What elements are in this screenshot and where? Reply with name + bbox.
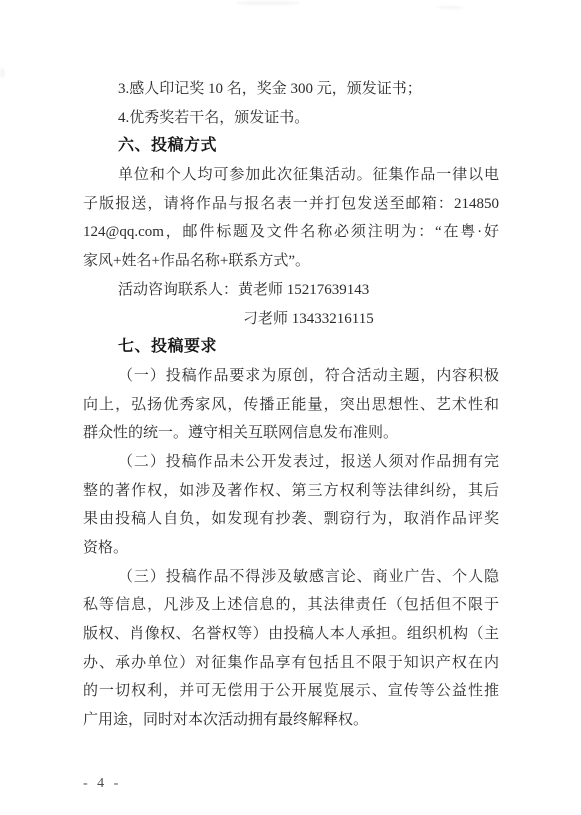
doc-line: 单位和个人均可参加此次征集活动。征集作品一律以电 [83,161,499,190]
doc-line: 的一切权利，并可无偿用于公开展览展示、宣传等公益性推 [83,677,499,706]
award-item-3: 3.感人印记奖 10 名，奖金 300 元，颁发证书； [83,75,499,104]
doc-line: 家风+姓名+作品名称+联系方式”。 [83,247,499,276]
scan-artifact [437,6,463,9]
heading-submission-requirements: 七、投稿要求 [83,333,499,362]
doc-line: 向上，弘扬优秀家风，传播正能量，突出思想性、艺术性和 [83,391,499,420]
doc-line: 子版报送，请将作品与报名表一并打包发送至邮箱：214850 [83,190,499,219]
doc-line: 广用途，同时对本次活动拥有最终解释权。 [83,706,499,735]
doc-line: 版权、肖像权、名誉权等）由投稿人本人承担。组织机构（主 [83,620,499,649]
contact-line-huang: 活动咨询联系人：黄老师 15217639143 [83,276,499,305]
doc-line: 整的著作权，如涉及著作权、第三方权利等法律纠纷，其后 [83,477,499,506]
heading-submission-method: 六、投稿方式 [83,132,499,161]
doc-line: 群众性的统一。遵守相关互联网信息发布准则。 [83,419,499,448]
scan-artifact [0,68,5,78]
award-item-4: 4.优秀奖若干名，颁发证书。 [83,104,499,133]
page-number: - 4 - [83,776,121,792]
scan-artifact [236,1,300,5]
doc-line: 果由投稿人自负，如发现有抄袭、剽窃行为，取消作品评奖 [83,505,499,534]
doc-line: 私等信息，凡涉及上述信息的，其法律责任（包括但不限于 [83,591,499,620]
doc-line-email: 124@qq.com，邮件标题及文件名称必须注明为：“在粤·好 [83,218,499,247]
doc-line: 办、承办单位）对征集作品享有包括且不限于知识产权在内 [83,649,499,678]
text-block: 3.感人印记奖 10 名，奖金 300 元，颁发证书； 4.优秀奖若干名，颁发证… [83,75,499,735]
document-page: 3.感人印记奖 10 名，奖金 300 元，颁发证书； 4.优秀奖若干名，颁发证… [0,0,581,815]
requirement-3-line: （三）投稿作品不得涉及敏感言论、商业广告、个人隐 [83,563,499,592]
requirement-1-line: （一）投稿作品要求为原创，符合活动主题，内容积极 [83,362,499,391]
requirement-2-line: （二）投稿作品未公开发表过，报送人须对作品拥有完 [83,448,499,477]
contact-line-diao: 刁老师 13433216115 [83,305,499,334]
doc-line: 资格。 [83,534,499,563]
